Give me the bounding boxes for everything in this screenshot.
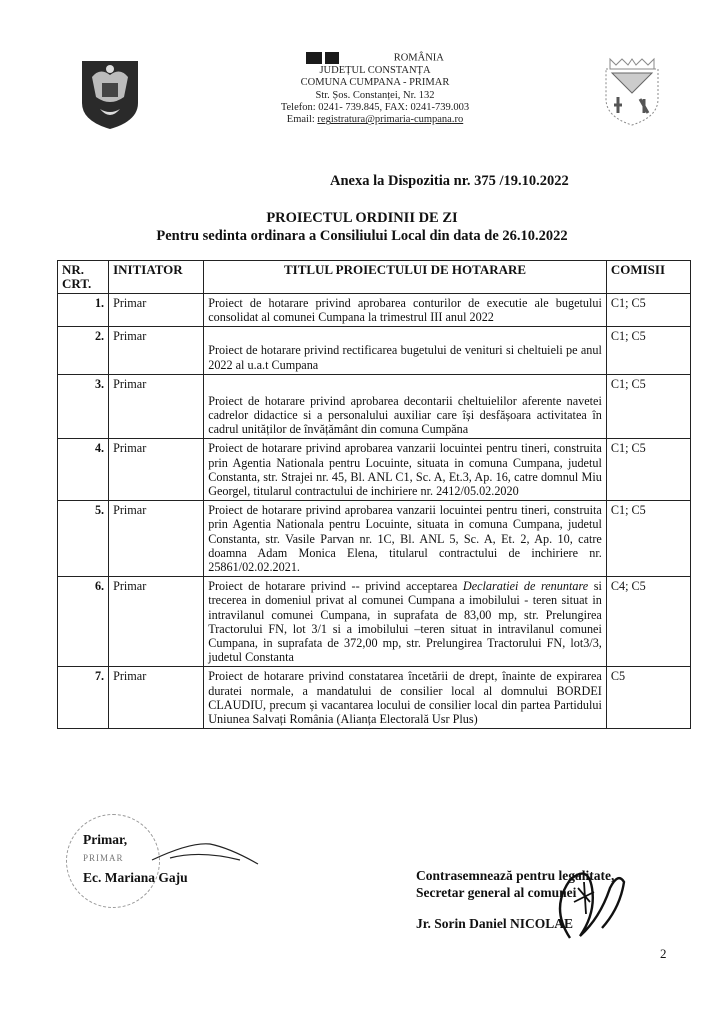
- row-nr: 3.: [58, 374, 109, 439]
- row-nr: 2.: [58, 327, 109, 374]
- row-title: Proiect de hotarare privind constatarea …: [204, 667, 607, 729]
- row-commissions: C4; C5: [606, 577, 690, 667]
- email-link[interactable]: registratura@primaria-cumpana.ro: [317, 114, 463, 125]
- row-initiator: Primar: [109, 667, 204, 729]
- row-initiator: Primar: [109, 327, 204, 374]
- row-title: Proiect de hotarare privind aprobarea va…: [204, 501, 607, 577]
- row-nr: 1.: [58, 294, 109, 327]
- row-title: Proiect de hotarare privind aprobarea co…: [204, 294, 607, 327]
- letterhead-country: ROMÂNIA: [394, 52, 444, 63]
- row-title: Proiect de hotarare privind aprobarea va…: [204, 439, 607, 501]
- header-nr: NR. CRT.: [58, 261, 109, 294]
- row-initiator: Primar: [109, 374, 204, 439]
- table-row: 1. Primar Proiect de hotarare privind ap…: [58, 294, 691, 327]
- row-commissions: C1; C5: [606, 439, 690, 501]
- row-title: Proiect de hotarare privind -- privind a…: [204, 577, 607, 667]
- row-commissions: C1; C5: [606, 374, 690, 439]
- row-nr: 6.: [58, 577, 109, 667]
- cumpana-coat-of-arms-icon: [600, 55, 664, 127]
- mayor-name: Ec. Mariana Gaju: [83, 868, 188, 887]
- row-nr: 7.: [58, 667, 109, 729]
- mayor-signature-icon: [150, 838, 260, 868]
- header-initiator: INITIATOR: [109, 261, 204, 294]
- row-title: Proiect de hotarare privind rectificarea…: [204, 327, 607, 374]
- table-row: 2. Primar Proiect de hotarare privind re…: [58, 327, 691, 374]
- letterhead-office: COMUNA CUMPANA - PRIMAR: [250, 77, 500, 89]
- secretary-signature-icon: [540, 858, 630, 948]
- header-title: TITLUL PROIECTULUI DE HOTARARE: [204, 261, 607, 294]
- row-commissions: C1; C5: [606, 327, 690, 374]
- table-header-row: NR. CRT. INITIATOR TITLUL PROIECTULUI DE…: [58, 261, 691, 294]
- row-nr: 5.: [58, 501, 109, 577]
- row-title: Proiect de hotarare privind aprobarea de…: [204, 374, 607, 439]
- redaction-mark: [306, 52, 322, 64]
- row-nr: 4.: [58, 439, 109, 501]
- letterhead-county: JUDEȚUL CONSTANȚA: [250, 65, 500, 77]
- row-initiator: Primar: [109, 439, 204, 501]
- page-subtitle: Pentru sedinta ordinara a Consiliului Lo…: [0, 228, 724, 245]
- table-row: 4. Primar Proiect de hotarare privind ap…: [58, 439, 691, 501]
- row-title-part: Proiect de hotarare privind -- privind a…: [208, 579, 463, 593]
- header-commissions: COMISII: [606, 261, 690, 294]
- letterhead-phone: Telefon: 0241- 739.845, FAX: 0241-739.00…: [250, 102, 500, 114]
- agenda-table: NR. CRT. INITIATOR TITLUL PROIECTULUI DE…: [57, 260, 691, 729]
- romania-coat-of-arms-icon: [78, 57, 142, 131]
- redaction-mark: [325, 52, 339, 64]
- annex-reference: Anexa la Dispozitia nr. 375 /19.10.2022: [330, 173, 569, 190]
- row-initiator: Primar: [109, 501, 204, 577]
- row-initiator: Primar: [109, 577, 204, 667]
- letterhead-email: Email: registratura@primaria-cumpana.ro: [250, 114, 500, 126]
- letterhead: ROMÂNIA JUDEȚUL CONSTANȚA COMUNA CUMPANA…: [250, 52, 500, 127]
- page-number: 2: [660, 946, 667, 962]
- table-row: 5. Primar Proiect de hotarare privind ap…: [58, 501, 691, 577]
- table-row: 3. Primar Proiect de hotarare privind ap…: [58, 374, 691, 439]
- letterhead-address: Str. Șos. Constanței, Nr. 132: [250, 90, 500, 102]
- table-row: 7. Primar Proiect de hotarare privind co…: [58, 667, 691, 729]
- row-title-italic: Declaratiei de renuntare: [463, 579, 588, 593]
- row-initiator: Primar: [109, 294, 204, 327]
- row-commissions: C1; C5: [606, 501, 690, 577]
- row-commissions: C1; C5: [606, 294, 690, 327]
- row-commissions: C5: [606, 667, 690, 729]
- table-row: 6. Primar Proiect de hotarare privind --…: [58, 577, 691, 667]
- email-label: Email:: [287, 114, 318, 125]
- page-title: PROIECTUL ORDINII DE ZI: [0, 210, 724, 227]
